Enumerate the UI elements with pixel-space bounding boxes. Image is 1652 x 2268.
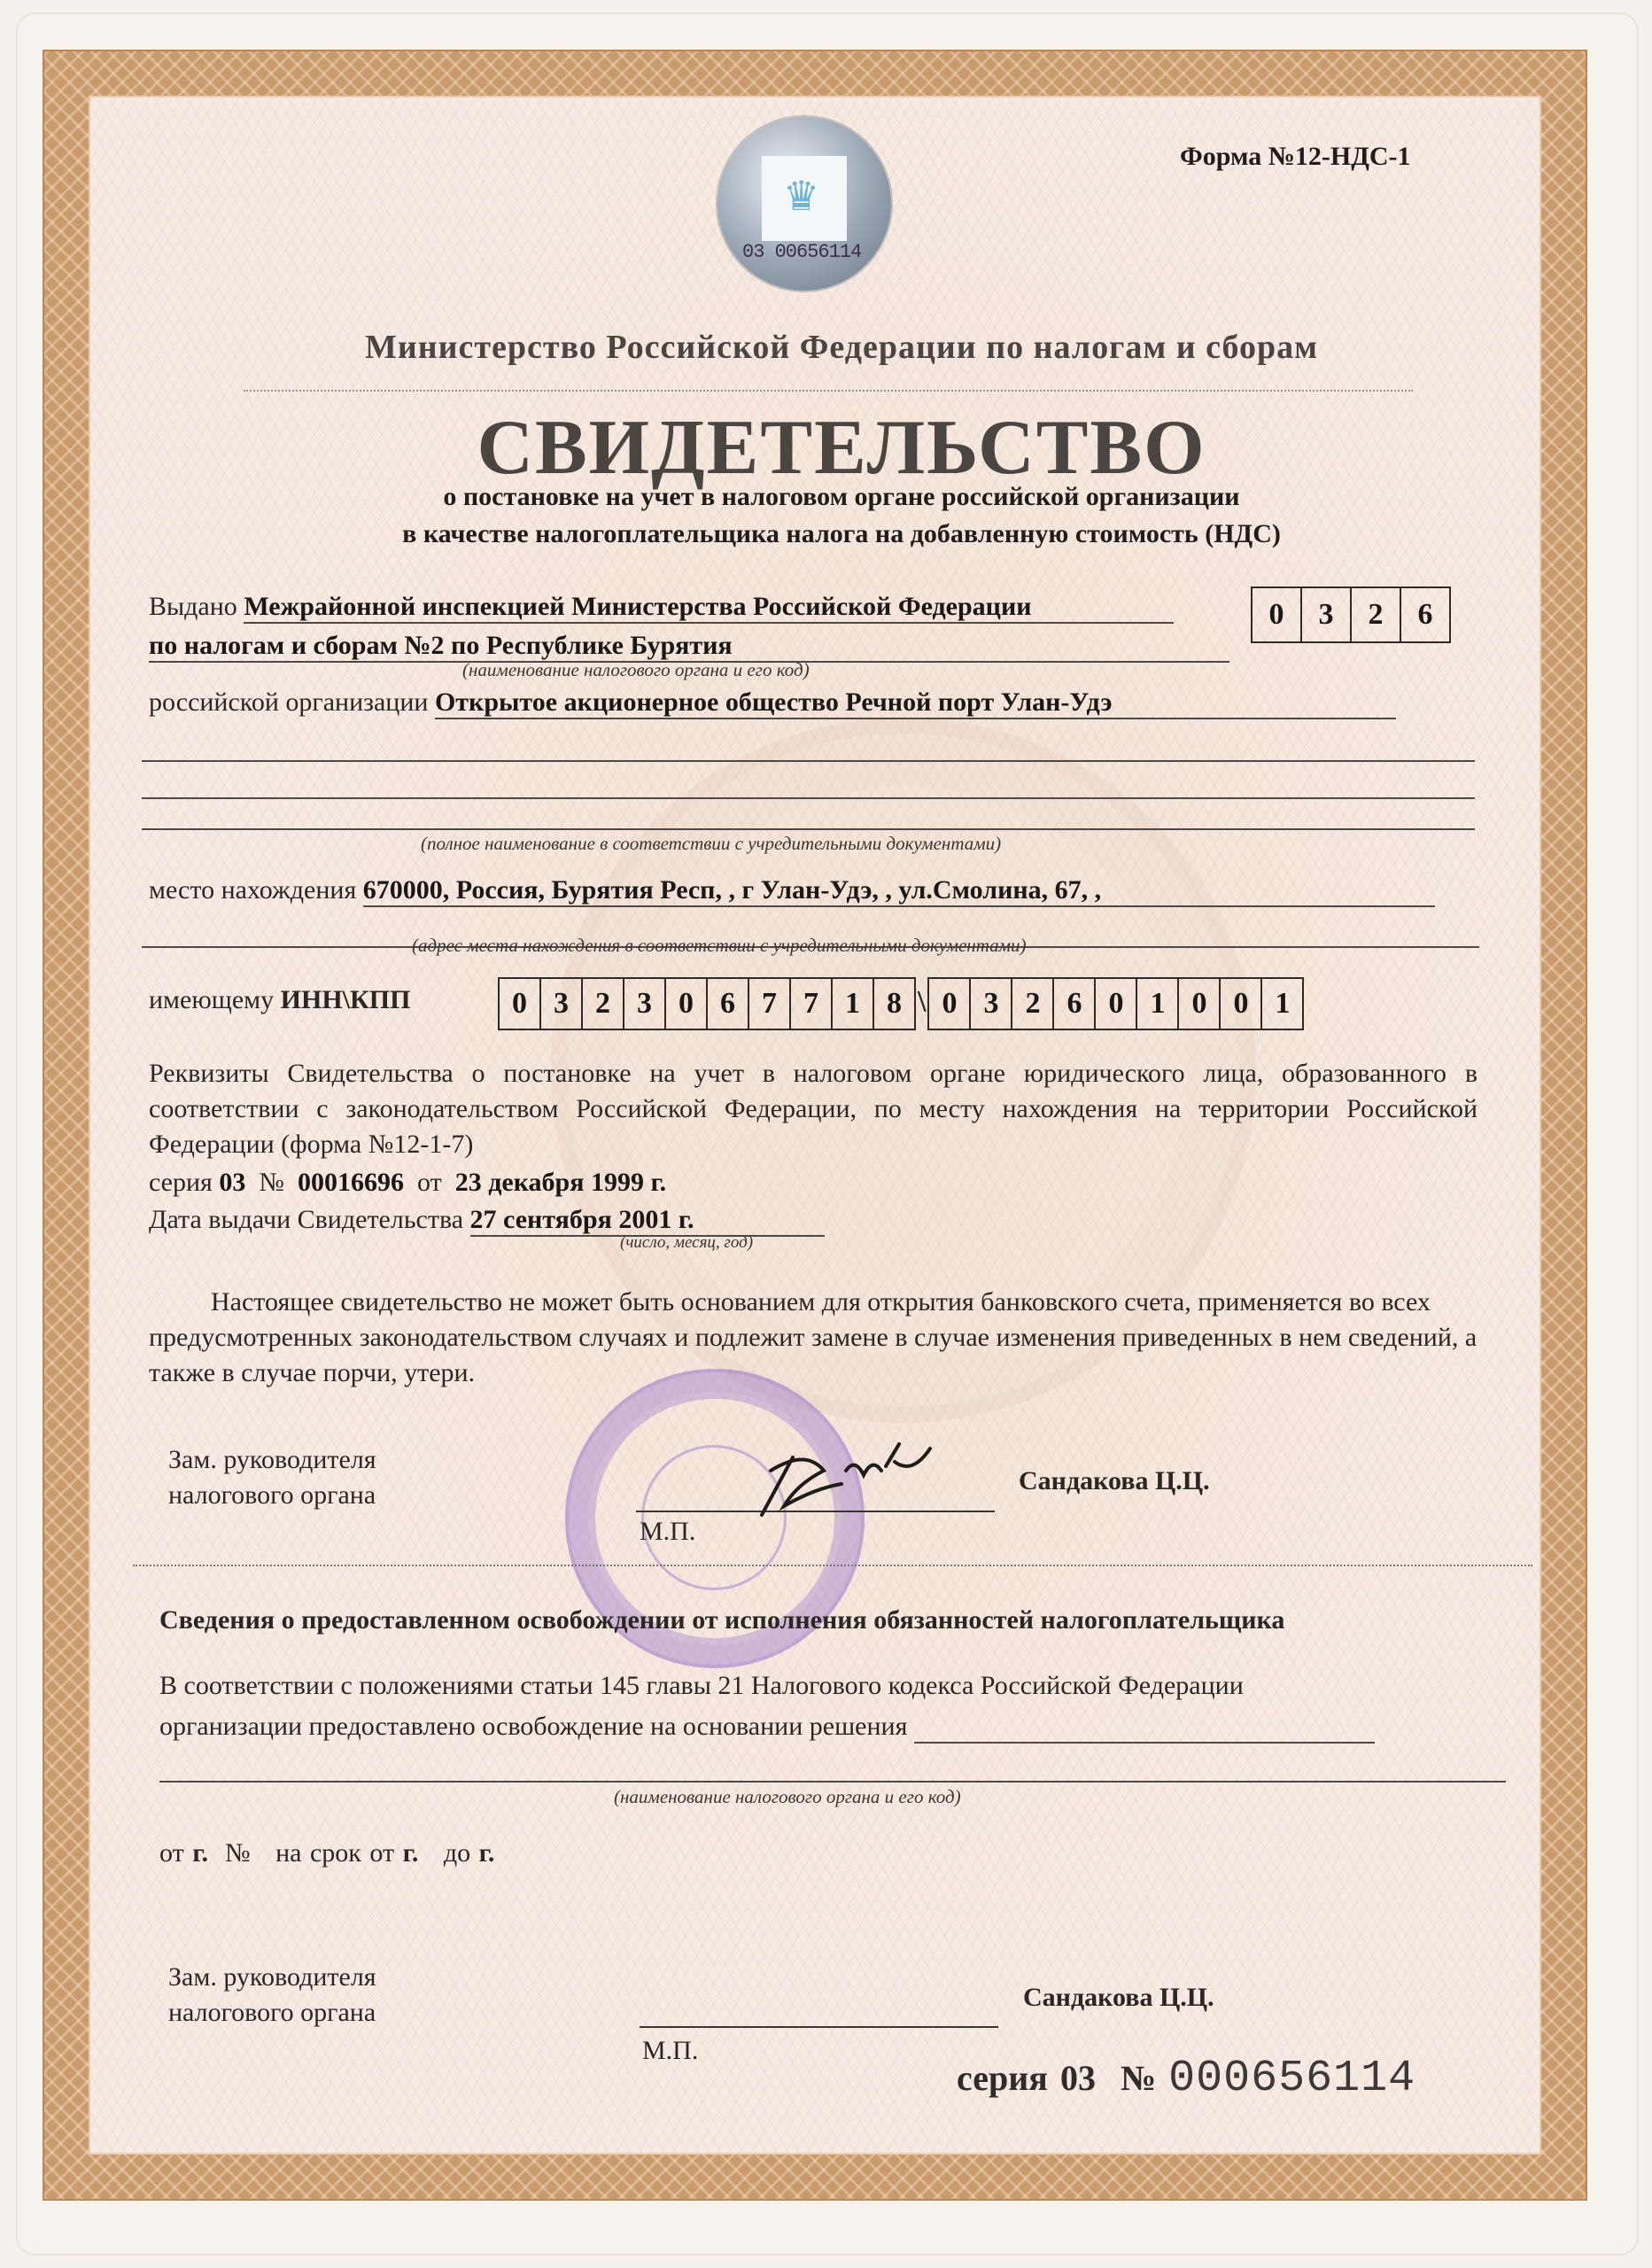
kpp-digit: 2 <box>1012 979 1054 1029</box>
inn-digit: 0 <box>500 979 541 1029</box>
inn-kpp-separator: \ <box>918 977 926 1030</box>
signer-position-1: Зам. руководителя налогового органа <box>168 1442 376 1513</box>
blank-series-value: 03 <box>1060 2057 1096 2099</box>
series-label: серия <box>149 1168 213 1197</box>
issued-by-label: Выдано <box>149 592 237 621</box>
inn-digits: 0323067718 <box>498 977 916 1030</box>
position-line-2: налогового органа <box>168 1995 376 2031</box>
kpp-digits: 032601001 <box>927 977 1304 1030</box>
blank-line <box>142 828 1475 830</box>
seal-label-1: М.П. <box>640 1517 695 1547</box>
notice-text: Настоящее свидетельство не может быть ос… <box>149 1285 1486 1391</box>
issued-by-value-2: по налогам и сборам №2 по Республике Бур… <box>149 631 1229 663</box>
seal-label-2: М.П. <box>642 2036 698 2066</box>
inn-digit: 8 <box>874 979 914 1029</box>
blank-line <box>142 760 1475 762</box>
organization-label: российской организации <box>149 687 428 717</box>
address-hint: (адрес места нахождения в соответствии с… <box>412 935 1027 957</box>
requisites-date: 23 декабря 1999 г. <box>455 1168 666 1197</box>
kpp-digit: 0 <box>1221 979 1262 1029</box>
hologram-center: ♛ <box>762 156 847 241</box>
blank-line <box>142 797 1475 799</box>
handwritten-signature <box>744 1435 974 1533</box>
inn-kpp-prefix: имеющему <box>149 985 274 1014</box>
exemption-term-label: на срок от <box>275 1838 394 1868</box>
exemption-dates: от г. № на срок от г. до г. <box>159 1838 494 1868</box>
exemption-to-label: до <box>444 1838 470 1868</box>
office-code-digit: 2 <box>1352 588 1401 641</box>
requisites-series-line: серия 03 № 00016696 от 23 декабря 1999 г… <box>149 1168 666 1198</box>
exemption-decision-field <box>914 1712 1375 1744</box>
hologram-seal: ♛ 03 00656114 <box>717 117 891 291</box>
exemption-heading: Сведения о предоставленном освобождении … <box>159 1605 1284 1635</box>
inn-digit: 7 <box>749 979 791 1029</box>
kpp-digit: 0 <box>1179 979 1221 1029</box>
exemption-text-2: организации предоставлено освобождение н… <box>159 1712 1375 1744</box>
issued-by-line-1: Выдано Межрайонной инспекцией Министерст… <box>149 592 1174 624</box>
kpp-digit: 6 <box>1054 979 1096 1029</box>
blank-number-label: № <box>1121 2057 1156 2099</box>
inn-digit: 2 <box>583 979 624 1029</box>
exemption-no-label: № <box>225 1838 251 1868</box>
position-line-2: налогового органа <box>168 1478 376 1513</box>
kpp-digit: 1 <box>1137 979 1179 1029</box>
issue-date-line: Дата выдачи Свидетельства 27 сентября 20… <box>149 1205 825 1237</box>
document-subtitle: о постановке на учет в налоговом органе … <box>252 478 1431 553</box>
ministry-divider <box>244 390 1413 392</box>
issue-date-hint: (число, месяц, год) <box>620 1233 753 1253</box>
blank-number-value: 000656114 <box>1168 2054 1415 2104</box>
inn-kpp-boxes: 0323067718 \ 032601001 <box>498 977 1304 1030</box>
kpp-digit: 1 <box>1262 979 1302 1029</box>
number-value: 00016696 <box>298 1168 404 1197</box>
form-number: Форма №12-НДС-1 <box>1180 142 1411 172</box>
series-value: 03 <box>219 1168 245 1197</box>
blank-series-label: серия <box>957 2057 1048 2099</box>
organization-line: российской организации Открытое акционер… <box>149 687 1396 719</box>
position-line-1: Зам. руководителя <box>168 1960 376 1995</box>
blank-serial: серия 03 № 000656114 <box>957 2054 1415 2104</box>
exemption-g1: г. <box>192 1838 208 1868</box>
kpp-digit: 0 <box>929 979 971 1029</box>
organization-hint: (полное наименование в соответствии с уч… <box>421 833 1001 855</box>
address-value: 670000, Россия, Бурятия Респ, , г Улан-У… <box>363 875 1435 907</box>
exemption-hint: (наименование налогового органа и его ко… <box>614 1786 961 1808</box>
position-line-1: Зам. руководителя <box>168 1442 376 1478</box>
signer-name-1: Сандакова Ц.Ц. <box>1019 1466 1210 1496</box>
signature-line <box>640 2026 998 2028</box>
tax-office-code: 0326 <box>1251 586 1451 643</box>
issue-date-value: 27 сентября 2001 г. <box>470 1205 825 1237</box>
office-code-digit: 6 <box>1401 588 1449 641</box>
exemption-text-1: В соответствии с положениями статьи 145 … <box>159 1671 1244 1701</box>
signer-name-2: Сандакова Ц.Ц. <box>1023 1983 1214 2013</box>
requisites-text: Реквизиты Свидетельства о постановке на … <box>149 1056 1477 1162</box>
subtitle-line-1: о постановке на учет в налоговом органе … <box>252 478 1431 516</box>
inn-digit: 1 <box>833 979 874 1029</box>
exemption-g2: г. <box>403 1838 419 1868</box>
inn-digit: 3 <box>541 979 583 1029</box>
inn-digit: 3 <box>624 979 666 1029</box>
section-divider <box>133 1565 1532 1566</box>
ministry-name: Министерство Российской Федерации по нал… <box>252 328 1431 367</box>
from-label: от <box>417 1168 442 1197</box>
hologram-number: 03 00656114 <box>742 241 861 263</box>
inn-digit: 0 <box>666 979 708 1029</box>
address-label: место нахождения <box>149 875 356 905</box>
issued-by-hint: (наименование налогового органа и его ко… <box>462 659 810 681</box>
number-label: № <box>259 1168 284 1197</box>
inn-digit: 7 <box>791 979 833 1029</box>
address-line: место нахождения 670000, Россия, Бурятия… <box>149 875 1435 907</box>
signer-position-2: Зам. руководителя налогового органа <box>168 1960 376 2031</box>
exemption-text-2-label: организации предоставлено освобождение н… <box>159 1712 907 1741</box>
office-code-digit: 0 <box>1253 588 1302 641</box>
kpp-digit: 0 <box>1096 979 1137 1029</box>
kpp-digit: 3 <box>971 979 1012 1029</box>
inn-kpp-title: ИНН\КПП <box>281 985 411 1014</box>
issued-by-value-1: Межрайонной инспекцией Министерства Росс… <box>244 592 1174 624</box>
double-headed-eagle-icon: ♛ <box>783 172 819 220</box>
blank-line <box>159 1781 1506 1783</box>
organization-value: Открытое акционерное общество Речной пор… <box>435 687 1396 719</box>
issued-by-line-2: по налогам и сборам №2 по Республике Бур… <box>149 631 1229 663</box>
subtitle-line-2: в качестве налогоплательщика налога на д… <box>252 516 1431 553</box>
issue-date-label: Дата выдачи Свидетельства <box>149 1205 463 1234</box>
inn-digit: 6 <box>708 979 749 1029</box>
exemption-from-label: от <box>159 1838 184 1868</box>
office-code-digit: 3 <box>1302 588 1352 641</box>
exemption-g3: г. <box>479 1838 495 1868</box>
inn-kpp-label: имеющему ИНН\КПП <box>149 985 410 1015</box>
